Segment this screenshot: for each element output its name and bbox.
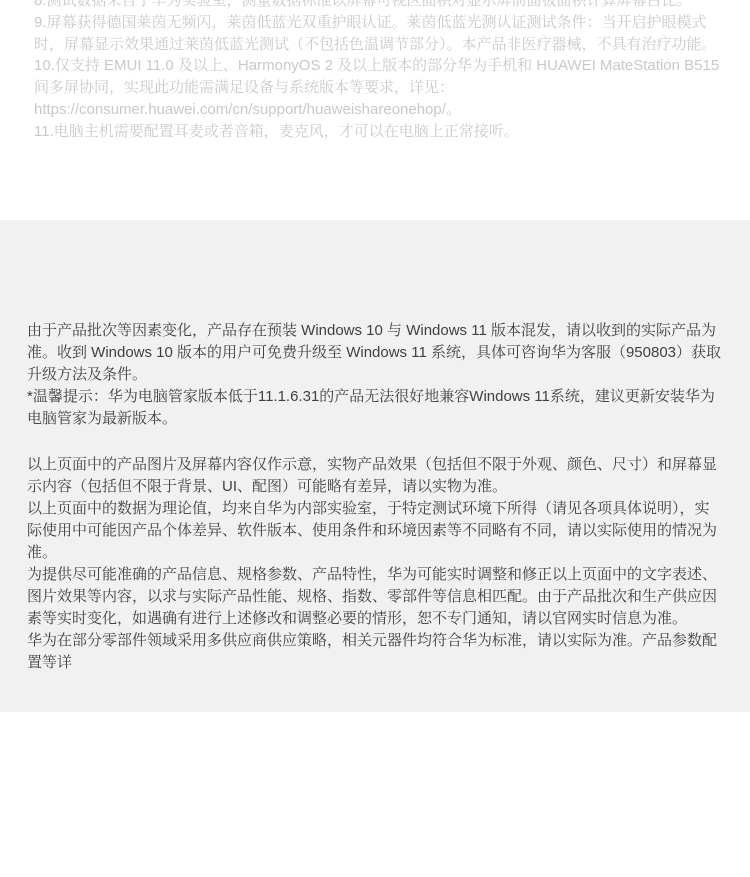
disclaimer-image-note: 以上页面中的产品图片及屏幕内容仅作示意，实物产品效果（包括但不限于外观、颜色、尺…	[27, 454, 723, 498]
disclaimer-windows-mix-note: 由于产品批次等因素变化，产品存在预装 Windows 10 与 Windows …	[27, 320, 723, 386]
disclaimer-lab-data-note: 以上页面中的数据为理论值，均来自华为内部实验室，于特定测试环境下所得（请见各项具…	[27, 498, 723, 564]
footnote-item-10-period: 。	[446, 101, 461, 118]
footnote-item-10: 10.仅支持 EMUI 11.0 及以上、HarmonyOS 2 及以上版本的部…	[34, 55, 724, 120]
disclaimer-spec-adjust-note: 为提供尽可能准确的产品信息、规格参数、产品特性，华为可能实时调整和修正以上页面中…	[27, 564, 723, 630]
disclaimer-supplier-note: 华为在部分零部件领域采用多供应商供应策略，相关元器件均符合华为标准，请以实际为准…	[27, 630, 723, 674]
footnotes-section: 8.测试数据来自于华为实验室，测量数据标准以屏幕可视区面积对显示屏前面板面积计算…	[0, 0, 750, 220]
bottom-whitespace	[0, 712, 750, 877]
disclaimer-section: 由于产品批次等因素变化，产品存在预装 Windows 10 与 Windows …	[0, 220, 750, 712]
footnotes-list: 8.测试数据来自于华为实验室，测量数据标准以屏幕可视区面积对显示屏前面板面积计算…	[34, 0, 724, 143]
footnote-item-8: 8.测试数据来自于华为实验室，测量数据标准以屏幕可视区面积对显示屏前面板面积计算…	[34, 0, 724, 12]
footnote-item-9: 9.屏幕获得德国莱茵无频闪，莱茵低蓝光双重护眼认证。莱茵低蓝光测认证测试条件：当…	[34, 12, 724, 56]
disclaimer-warm-tip: *温馨提示：华为电脑管家版本低于11.1.6.31的产品无法很好地兼容Windo…	[27, 386, 723, 430]
footnote-item-11: 11.电脑主机需要配置耳麦或者音箱，麦克风，才可以在电脑上正常接听。	[34, 121, 724, 143]
footnote-item-10-text: 10.仅支持 EMUI 11.0 及以上、HarmonyOS 2 及以上版本的部…	[34, 57, 719, 96]
huawei-share-onehop-link[interactable]: https://consumer.huawei.com/cn/support/h…	[34, 101, 446, 118]
